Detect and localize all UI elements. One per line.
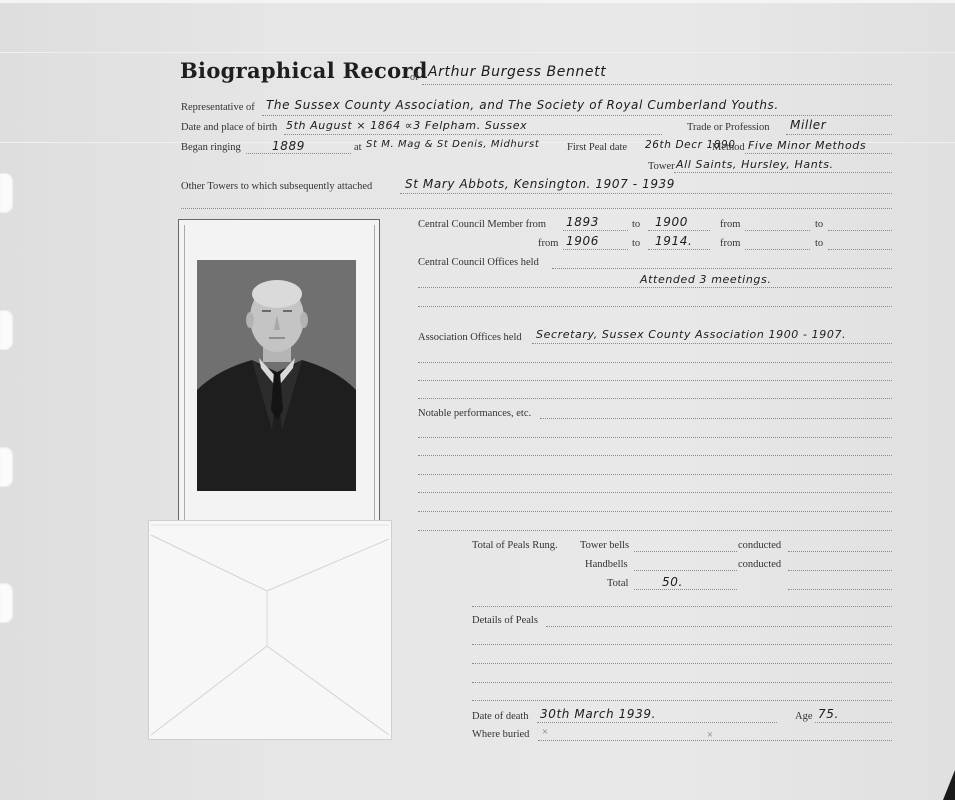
council-to-label: to [815, 238, 823, 249]
council-to-label: to [815, 219, 823, 230]
blank-line [418, 437, 892, 438]
method-label: Method [712, 142, 745, 153]
page-corner-shadow [943, 770, 955, 800]
of-label: of [410, 72, 418, 83]
began-label: Began ringing [181, 142, 241, 153]
tower-bells-label: Tower bells [580, 540, 629, 551]
details-label: Details of Peals [472, 615, 538, 626]
total-label: Total [607, 578, 628, 589]
age-label: Age [795, 711, 813, 722]
punch-hole [0, 583, 14, 623]
representative-line [262, 115, 892, 116]
punch-hole [0, 173, 14, 213]
blank-line [181, 208, 892, 209]
blank-line [472, 606, 892, 607]
council-to-1: 1900 [655, 215, 688, 229]
method-line [745, 153, 892, 154]
blank-line [418, 455, 892, 456]
council-offices-line [552, 268, 892, 269]
blank-line [418, 362, 892, 363]
buried-mark: × [542, 727, 548, 738]
envelope-flap-icon [149, 521, 391, 739]
council-member-label: Central Council Member from [418, 219, 546, 230]
tower-bells-line [634, 551, 737, 552]
blank-line [472, 644, 892, 645]
total-value: 50. [662, 575, 683, 589]
handbells-label: Handbells [585, 559, 628, 570]
council-offices-label: Central Council Offices held [418, 257, 539, 268]
other-towers-label: Other Towers to which subsequently attac… [181, 181, 372, 192]
representative-value: The Sussex County Association, and The S… [266, 98, 779, 112]
peals-total-label: Total of Peals Rung. [472, 540, 558, 551]
council-from-blank-line [745, 230, 810, 231]
tower-value: All Saints, Hursley, Hants. [676, 158, 834, 171]
death-date-label: Date of death [472, 711, 529, 722]
buried-label: Where buried [472, 729, 529, 740]
council-from-label: from [720, 219, 740, 230]
council-from-1-line [563, 230, 628, 231]
fold-line [0, 52, 955, 53]
council-to-2-line [648, 249, 710, 250]
notable-line [540, 418, 892, 419]
method-value: Five Minor Methods [748, 139, 866, 152]
council-from-1: 1893 [566, 215, 599, 229]
blank-line [418, 306, 892, 307]
association-line [532, 343, 892, 344]
council-to-blank-line [828, 230, 892, 231]
death-date-line [537, 722, 777, 723]
conducted-line [788, 551, 892, 552]
birth-line [284, 134, 662, 135]
council-to-1-line [648, 230, 710, 231]
council-to-label: to [632, 219, 640, 230]
blank-line [472, 700, 892, 701]
age-line [815, 722, 892, 723]
tower-line [674, 172, 892, 173]
conducted-label: conducted [738, 559, 781, 570]
other-towers-value: St Mary Abbots, Kensington. 1907 - 1939 [405, 177, 675, 191]
first-peal-label: First Peal date [567, 142, 627, 153]
birth-value: 5th August × 1864 ∝3 Felpham. Sussex [286, 119, 527, 132]
punch-hole [0, 447, 14, 487]
details-line [546, 626, 892, 627]
began-line [246, 153, 351, 154]
council-to-blank-line [828, 249, 892, 250]
at-value: St M. Mag & St Denis, Midhurst [366, 139, 539, 150]
conducted-label: conducted [738, 540, 781, 551]
association-value: Secretary, Sussex County Association 190… [536, 328, 846, 341]
blank-line [418, 474, 892, 475]
blank-line [418, 511, 892, 512]
council-from-label: from [720, 238, 740, 249]
council-to-2: 1914. [655, 234, 692, 248]
blank-line [472, 682, 892, 683]
blank-line [418, 530, 892, 531]
conducted-line [788, 570, 892, 571]
trade-value: Miller [790, 118, 826, 132]
punch-hole [0, 310, 14, 350]
council-from-blank-line [745, 249, 810, 250]
blank-line [418, 398, 892, 399]
council-from-label: from [538, 238, 558, 249]
representative-label: Representative of [181, 102, 255, 113]
trade-label: Trade or Profession [687, 122, 769, 133]
council-from-2-line [563, 249, 628, 250]
total-line [634, 589, 737, 590]
began-value: 1889 [272, 139, 305, 153]
portrait-photo [197, 260, 356, 491]
notable-label: Notable performances, etc. [418, 408, 531, 419]
name-line [422, 84, 892, 85]
blank-line [418, 380, 892, 381]
council-offices-note: Attended 3 meetings. [640, 273, 771, 286]
blank-line [472, 663, 892, 664]
tower-label: Tower [648, 161, 675, 172]
subject-name: Arthur Burgess Bennett [428, 64, 606, 80]
at-label: at [354, 142, 362, 153]
page-title: Biographical Record [180, 58, 428, 83]
birth-label: Date and place of birth [181, 122, 277, 133]
association-label: Association Offices held [418, 332, 522, 343]
blank-line [788, 589, 892, 590]
death-date-value: 30th March 1939. [540, 707, 656, 721]
page-top-edge [0, 0, 955, 3]
council-offices-line [418, 287, 892, 288]
council-from-2: 1906 [566, 234, 599, 248]
handbells-line [634, 570, 737, 571]
blank-line [418, 492, 892, 493]
age-value: 75. [818, 707, 839, 721]
trade-line [786, 134, 892, 135]
envelope [148, 520, 392, 740]
buried-line [538, 740, 892, 741]
council-to-label: to [632, 238, 640, 249]
portrait-image-icon [197, 260, 356, 491]
record-page: Biographical Record of Arthur Burgess Be… [0, 0, 955, 800]
other-towers-line [400, 193, 892, 194]
